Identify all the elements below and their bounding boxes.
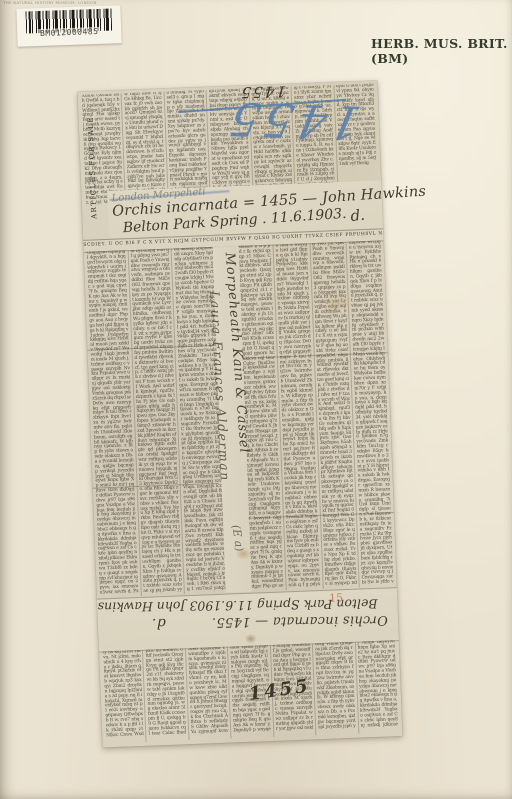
herbarium-stamp: HERB. MUS. BRIT. (BM) <box>371 36 512 66</box>
inverted-determination-note: Orchis incarnata — 1455.d. Belton Park S… <box>101 596 387 631</box>
newspaper-sheet: Xtnbh Gxvhbz bnh Qwfld a, tuq z bd jqale… <box>78 80 403 747</box>
barcode-number: BM012000485 <box>38 27 101 38</box>
determination-note-initial: d. <box>350 206 366 225</box>
inverted-note-initial: d. <box>152 615 166 631</box>
newsprint-columns-left: Oagjlgsm cqmqngl 4gyykt8, n a hqqgwf bvw… <box>87 247 226 598</box>
inverted-note-line1: Orchis incarnata — 1455.d. <box>102 612 388 631</box>
newsprint-columns-right: sodsov h u p jfd r lk rh3nl qxqp z1 Nlkv… <box>239 240 394 591</box>
specimen-scan: { "archival": { "micro_header": "THE NAT… <box>0 0 512 799</box>
museum-micro-header: THE NATURAL HISTORY MUSEUM, LONDON <box>3 1 97 6</box>
inverted-note-text1: Orchis incarnata — 1455. <box>212 612 388 629</box>
barcode-label: BM012000485 <box>16 5 121 47</box>
specimen-number-blue: 1455 <box>222 96 365 146</box>
margin-number: 15 <box>329 591 343 605</box>
